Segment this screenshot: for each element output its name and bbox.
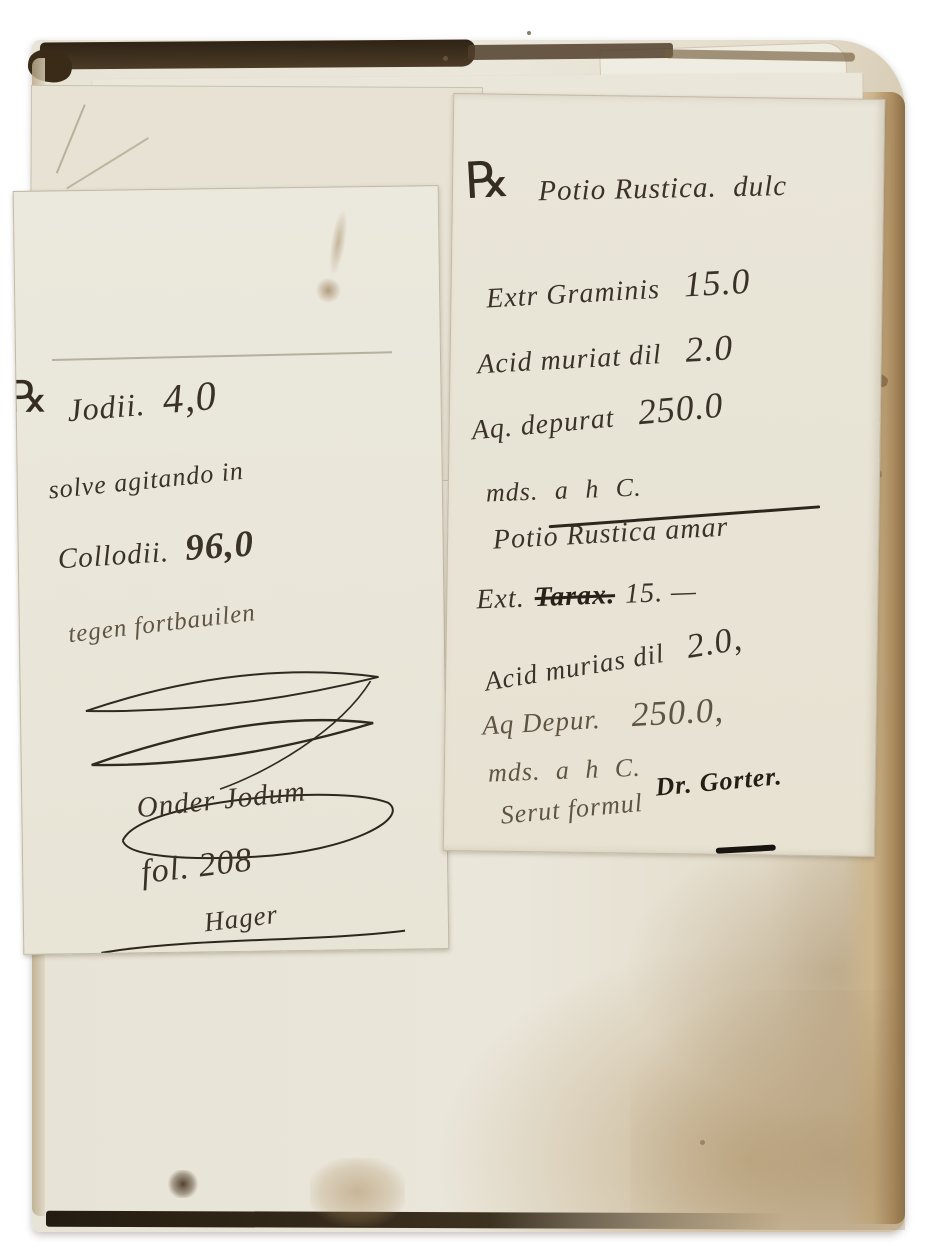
paper-speck [443,56,448,61]
ingredient-amount: 2.0 [684,327,734,370]
ingredient-amount: 15. — [624,576,697,610]
ingredient-amount: 4,0 [161,372,219,422]
recipe-title-dulc: Potio Rustica. dulc [538,170,787,208]
manuscript-photo: { "document": { "kind": "handwritten rec… [0,0,950,1260]
water-stain [310,1158,405,1226]
right-recipe-slip: ℞ Potio Rustica. dulc Extr Graminis 15.0… [443,93,886,857]
recipe-qualifier: dulc [733,170,788,203]
ink-stain [168,1170,198,1198]
recipe-line: Aq Depur. 250.0, [481,691,725,743]
ingredient-name: Acid muriat dil [476,339,662,380]
recipe-line: Acid muriat dil 2.0 [476,326,734,382]
recipe-name: Potio Rustica. [538,171,717,207]
ingredient-amount: 96,0 [184,523,256,568]
crossed-out-word: Tarax. [534,579,616,613]
ingredient-name: Ext. [476,583,525,616]
recipe-line-collodii: Collodii. 96,0 [56,522,255,578]
recipe-line-struck: Ext.Tarax.15. — [476,576,698,616]
ingredient-amount: 15.0 [683,261,752,305]
closing-dash [716,845,776,854]
paper-speck [700,1140,705,1145]
pen-flourish-loops [70,648,417,793]
ingredient-name: Collodii. [57,536,170,575]
recipe-line: Aq. depurat 250.0 [470,384,726,449]
rx-prescription-icon: ℞ [13,372,50,424]
rx-prescription-icon: ℞ [463,150,512,210]
recipe-line: Acid murias dil 2.0, [482,619,745,699]
ingredient-amount: 250.0, [630,691,724,734]
recipe-line: Extr Graminis 15.0 [485,260,752,317]
ingredient-name: Aq Depur. [481,704,601,741]
recipe-title-amar: Potio Rustica amar [492,512,729,557]
fold-crease [66,137,149,189]
faint-rule-line [52,351,392,361]
attribution-text: Serut formul [499,788,644,830]
paper-speck [527,31,531,35]
doctor-signature: Dr. Gorter. [654,761,783,801]
recipe-line-solve: solve agitando in [47,456,245,506]
ingredient-name: Acid murias dil [483,638,667,697]
ingredient-amount: 2.0, [684,619,745,665]
recipe-line-tegen: tegen fortbauilen [67,599,257,649]
signa-line: mds. a h C. [485,473,642,509]
corner-stain [630,990,905,1230]
ingredient-amount: 250.0 [636,385,725,433]
signa-line: mds. a h C. [487,753,641,789]
binding-edge-mid [468,43,673,60]
ingredient-name: Aq. depurat [470,402,615,446]
binding-edge-dark [40,39,475,69]
left-recipe-slip: ℞ Jodii. 4,0 solve agitando in Collodii.… [13,185,450,955]
recipe-line-jodii: Jodii. 4,0 [65,371,219,431]
comet-shaped-stain [305,203,363,312]
fold-crease [56,104,86,173]
ingredient-name: Jodii. [66,386,147,428]
ingredient-name: Extr Graminis [485,274,660,315]
